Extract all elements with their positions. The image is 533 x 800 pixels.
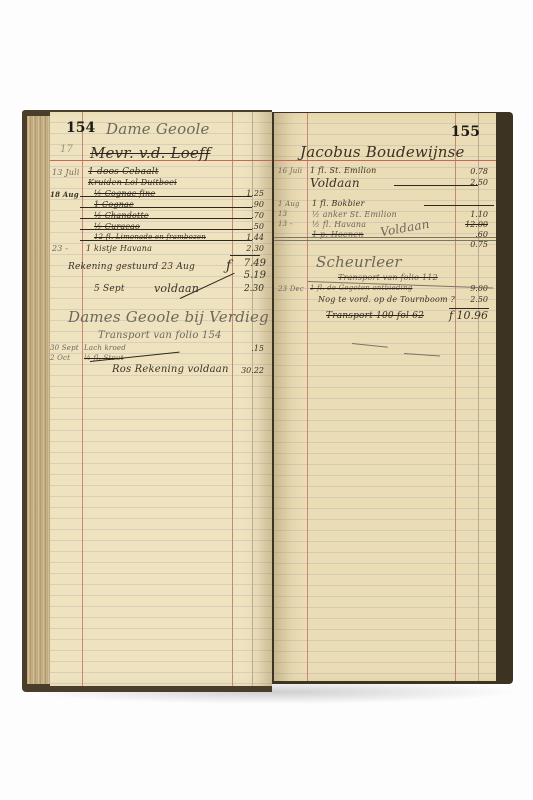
entry-amount: 12.00 [465, 220, 488, 229]
entry-text: Kruiden Lol Duitboei [88, 178, 177, 187]
entry-date: 18 Aug [50, 190, 79, 199]
reckoning-amount: 7.49 [244, 258, 266, 269]
strike-line [80, 229, 252, 230]
entry-text: 1 fl. Bokbier [312, 199, 365, 208]
entry-date: 30 Sept [50, 344, 79, 352]
paid-amount: 2.30 [244, 284, 264, 294]
date-column-rule [307, 113, 308, 681]
margin-note: 17 [60, 144, 73, 155]
transport-amount: f 10.96 [449, 309, 488, 322]
transport-out: Transport 100 fol 62 [326, 311, 424, 321]
entry-text: Lach kroed [84, 344, 126, 352]
entry-amount: 2.30 [246, 244, 264, 253]
entry-text: ½ fl. Havana [312, 220, 366, 229]
entry-text: Nog te vord. op de Tournboom ? [318, 295, 455, 304]
closing-amount: 30.22 [241, 366, 264, 375]
page-number: 155 [451, 124, 480, 140]
entry-date: 13 - [278, 220, 292, 228]
entry-text: 1 kistje Havana [86, 244, 152, 253]
account-name: Mevr. v.d. Loeff [90, 144, 211, 162]
paid-date: 5 Sept [94, 284, 125, 294]
strike-line [394, 185, 478, 186]
section-title: Scheurleer [316, 253, 402, 271]
left-page: 154 Dame Geoole 17 Mevr. v.d. Loeff 13 J… [50, 112, 272, 686]
entry-text: ½ anker St. Emilion [312, 210, 397, 219]
florin-sign: ƒ [226, 258, 231, 274]
closing-text: Ros Rekening voldaan [112, 364, 229, 375]
strike-line [80, 240, 252, 241]
entry-text: 1 fl. St. Emilion [310, 166, 377, 175]
transport-note: Transport van folio 154 [98, 330, 222, 341]
entry-date: 13 Juli [52, 168, 80, 177]
amount-column-rule [232, 112, 233, 686]
page-edges-left [27, 116, 51, 684]
cents-column-rule [478, 113, 479, 681]
strike-line [80, 196, 252, 197]
entry-date: 1 Aug [278, 200, 300, 208]
entry-amount: 2.50 [470, 295, 488, 304]
sum-rule [230, 255, 260, 256]
strike-line [80, 207, 252, 208]
amount-column-rule [455, 113, 456, 681]
entry-amount: 1.10 [470, 210, 488, 219]
strike-line [274, 237, 496, 238]
voldaan-text: Voldaan [379, 217, 430, 239]
ledger-book: 154 Dame Geoole 17 Mevr. v.d. Loeff 13 J… [0, 0, 533, 800]
entry-amount: 0.75 [470, 240, 488, 249]
voldaan-text: Voldaan [310, 176, 360, 190]
entry-date: 23 - [52, 244, 68, 253]
entry-amount: .70 [251, 211, 264, 220]
entry-amount: .50 [251, 222, 264, 231]
entry-date: 2 Oct [50, 354, 70, 362]
right-page: 155 Jacobus Boudewijnse 16 Juli 1 fl. St… [274, 113, 496, 681]
entry-date: 16 Juli [278, 167, 302, 175]
strike-line [80, 218, 252, 219]
reckoning-amount: 5.19 [244, 270, 266, 281]
entry-amount: 9.00 [470, 284, 488, 293]
pencil-heading: Dame Geoole [106, 120, 210, 138]
entry-date: 13 [278, 210, 287, 218]
transport-note: Transport van folio 112 [338, 273, 438, 282]
pencil-mark [404, 353, 440, 357]
cents-column-rule [252, 112, 253, 686]
entry-text: 1 fl. de Gegoten ontbieding [310, 284, 412, 292]
entry-amount: .15 [251, 344, 264, 353]
section-title: Dames Geoole bij Verdieg [68, 308, 269, 326]
date-column-rule [82, 112, 83, 686]
page-number: 154 [66, 120, 95, 136]
reckoning-text: Rekening gestuurd 23 Aug [68, 262, 195, 272]
entry-amount: .90 [251, 200, 264, 209]
account-name: Jacobus Boudewijnse [300, 143, 465, 161]
pencil-mark [352, 343, 388, 348]
entry-date: 23 Dec [278, 285, 304, 293]
strike-line [274, 240, 496, 241]
entry-amount: 0.78 [470, 167, 488, 176]
strike-line [424, 205, 494, 206]
entry-text: 1 doos Cebaalt [88, 167, 159, 177]
